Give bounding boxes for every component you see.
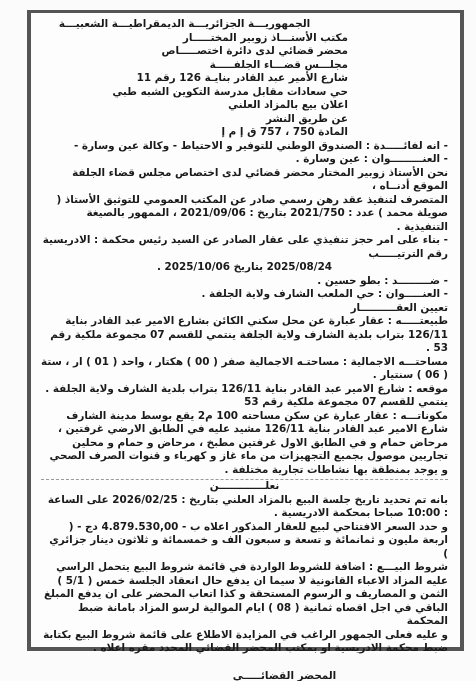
notice-title: اعلان بيع بالمزاد العلني <box>41 99 448 113</box>
property-section-title: تعيين العقــــــــــار <box>41 302 448 316</box>
property-location: موقعه : شارع الامير عبد القادر بناية 126… <box>41 383 448 410</box>
republic-heading: الجمهوريـــة الجزائريـــة الديمقراطيـــة… <box>41 18 448 32</box>
property-area: مساحتـــه الاجمالية : مساحتـه الاجمالية … <box>41 356 448 383</box>
office-street: شارع الأمير عبد القادر بنايـة 126 رقم 11 <box>41 72 448 86</box>
announcement-title: نعلـــــــــــــن <box>41 480 448 494</box>
office-district: حي سعادات مقابل مدرسة التكوين الشبه طبي <box>41 86 448 100</box>
bailiff-title: محضر قضائي لدى دائرة اختصـــــاص <box>41 45 448 59</box>
bailiff-statement: نحن الأستاذ زوبير المختار محضر قضائي لدى… <box>41 167 448 194</box>
seizure-order: - بناء على امر حجز تنفيذي على عقار الصاد… <box>41 234 448 261</box>
beneficiary-address: - العنـــــــــوان : عين وسارة . <box>41 153 448 167</box>
debtor-address: - العنـــــوان : حي الملعب الشارف ولاية … <box>41 288 448 302</box>
public-notice: و عليه فعلى الجمهور الراغب في المزايدة ا… <box>41 629 448 656</box>
property-components: مكوناتـــه : عقار عبارة عن سكن مساحته 10… <box>41 410 448 478</box>
sale-conditions: شروط البيـــع : اضافة للشروط الواردة في … <box>41 561 448 629</box>
signature: المحضر القضائـــــي <box>41 670 448 681</box>
court-name: مجلـــس قضـــاء الجلفـــــة <box>41 59 448 73</box>
notice-content: الجمهوريـــة الجزائريـــة الديمقراطيـــة… <box>31 13 460 681</box>
beneficiary: - انه لفائـــــدة : الصندوق الوطني للتوف… <box>41 140 448 154</box>
debtor-name: - ضـــــــــد : بطو حسين . <box>41 275 448 289</box>
opening-price: و حدد السعر الافتتاحي لبيع للعقار المذكو… <box>41 521 448 562</box>
notice-method: عن طريق النشر <box>41 113 448 127</box>
property-nature: طبيعتـــــه : عقار عبارة عن محل سكني الك… <box>41 315 448 356</box>
office-name: مكتب الأستـــاذ زوبير المختـــــار <box>41 32 448 46</box>
execution-basis: المتصرف لتنفيذ عقد رهن رسمي صادر عن المك… <box>41 194 448 235</box>
sale-date: بانه تم تحديد تاريخ جلسة البيع بالمزاد ا… <box>41 494 448 521</box>
seizure-date: 2025/08/24 بتاريخ 2025/10/06 . <box>41 261 448 275</box>
notice-frame: الجمهوريـــة الجزائريـــة الديمقراطيـــة… <box>27 10 464 651</box>
legal-articles: المادة 750 ، 757 ق إ م إ <box>41 126 448 140</box>
